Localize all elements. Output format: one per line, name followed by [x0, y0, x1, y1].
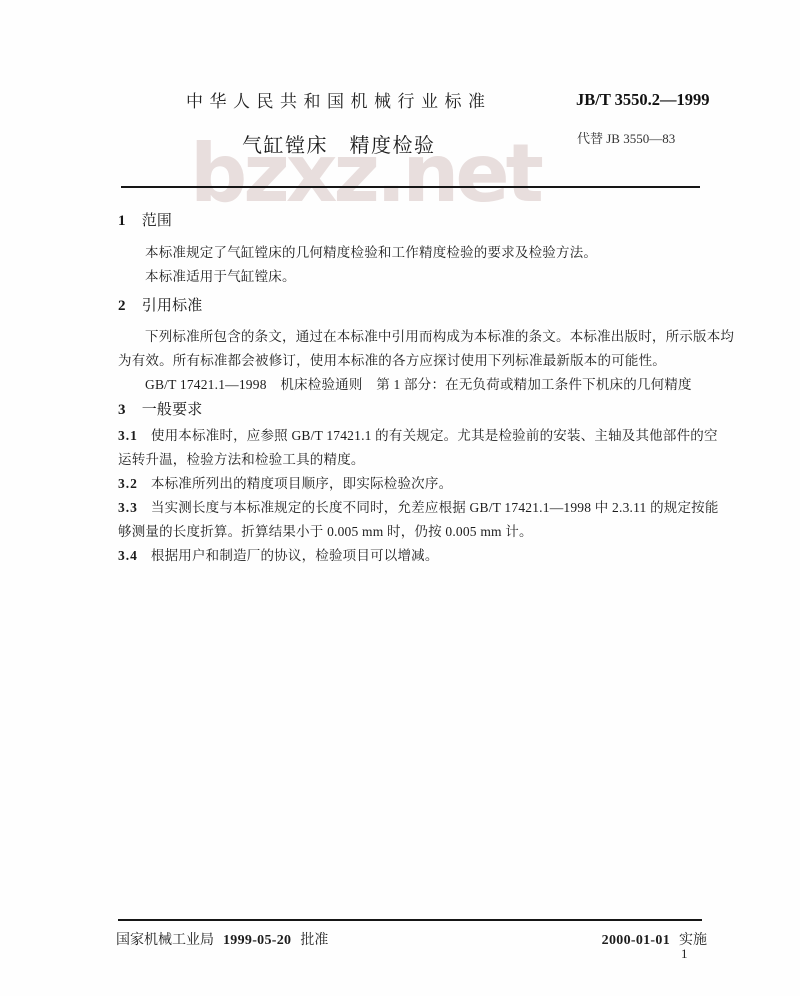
clause-line: 3.4根据用户和制造厂的协议，检验项目可以增减。: [118, 544, 702, 568]
document-body: 1范围 本标准规定了气缸镗床的几何精度检验和工作精度检验的要求及检验方法。 本标…: [118, 204, 702, 568]
page-title: 气缸镗床 精度检验: [242, 129, 436, 158]
clause-continuation-line: 运转升温，检验方法和检验工具的精度。: [118, 448, 702, 472]
replaces-note: 代替 JB 3550—83: [577, 128, 675, 147]
clause-number: 3.3: [118, 500, 138, 515]
section-heading-label: 引用标准: [142, 298, 203, 314]
clause-text: 当实测长度与本标准规定的长度不同时，允差应根据 GB/T 17421.1—199…: [151, 500, 719, 515]
paragraph-line: 下列标准所包含的条文，通过在本标准中引用而构成为本标准的条文。本标准出版时，所示…: [118, 325, 702, 349]
clause-number: 3.2: [118, 476, 138, 491]
clause-continuation-line: 够测量的长度折算。折算结果小于 0.005 mm 时，仍按 0.005 mm 计…: [118, 520, 702, 544]
approval-label: 批准: [300, 933, 328, 948]
paragraph-line: 为有效。所有标准都会被修订，使用本标准的各方应探讨使用下列标准最新版本的可能性。: [118, 349, 702, 373]
document-page: bzxz.net 中华人民共和国机械行业标准 JB/T 3550.2—1999 …: [0, 0, 800, 996]
page-content: 中华人民共和国机械行业标准 JB/T 3550.2—1999 气缸镗床 精度检验…: [0, 0, 800, 996]
clause-line: 3.1使用本标准时，应参照 GB/T 17421.1 的有关规定。尤其是检验前的…: [118, 424, 702, 448]
clause-line: 3.3当实测长度与本标准规定的长度不同时，允差应根据 GB/T 17421.1—…: [118, 496, 702, 520]
section-number: 1: [118, 213, 126, 229]
footer-approval: 国家机械工业局1999-05-20批准: [116, 929, 328, 949]
clause-line: 3.2本标准所列出的精度项目顺序，即实际检验次序。: [118, 472, 702, 496]
section-heading-label: 一般要求: [142, 402, 203, 418]
section-1-heading: 1范围: [118, 211, 702, 231]
section-2-heading: 2引用标准: [118, 296, 702, 316]
implementation-date: 2000-01-01: [602, 933, 670, 948]
clause-text: 本标准所列出的精度项目顺序，即实际检验次序。: [151, 476, 452, 491]
footer-implementation: 2000-01-01实施: [602, 929, 707, 949]
section-number: 2: [118, 298, 126, 314]
standard-org-line: 中华人民共和国机械行业标准: [186, 87, 492, 112]
header-rule: [121, 186, 700, 188]
approval-date: 1999-05-20: [223, 933, 291, 948]
section-3-heading: 3一般要求: [118, 400, 702, 420]
approval-issuer: 国家机械工业局: [116, 933, 214, 948]
paragraph-line: 本标准适用于气缸镗床。: [118, 265, 702, 289]
footer-rule: [118, 919, 702, 921]
clause-number: 3.4: [118, 548, 138, 563]
section-number: 3: [118, 402, 126, 418]
page-number: 1: [681, 946, 688, 962]
paragraph-line: 本标准规定了气缸镗床的几何精度检验和工作精度检验的要求及检验方法。: [118, 241, 702, 265]
clause-number: 3.1: [118, 428, 138, 443]
section-heading-label: 范围: [142, 213, 172, 229]
standard-code: JB/T 3550.2—1999: [576, 90, 710, 110]
clause-text: 使用本标准时，应参照 GB/T 17421.1 的有关规定。尤其是检验前的安装、…: [151, 428, 718, 443]
clause-text: 根据用户和制造厂的协议，检验项目可以增减。: [151, 548, 439, 563]
reference-line: GB/T 17421.1—1998 机床检验通则 第 1 部分：在无负荷或精加工…: [118, 373, 702, 397]
